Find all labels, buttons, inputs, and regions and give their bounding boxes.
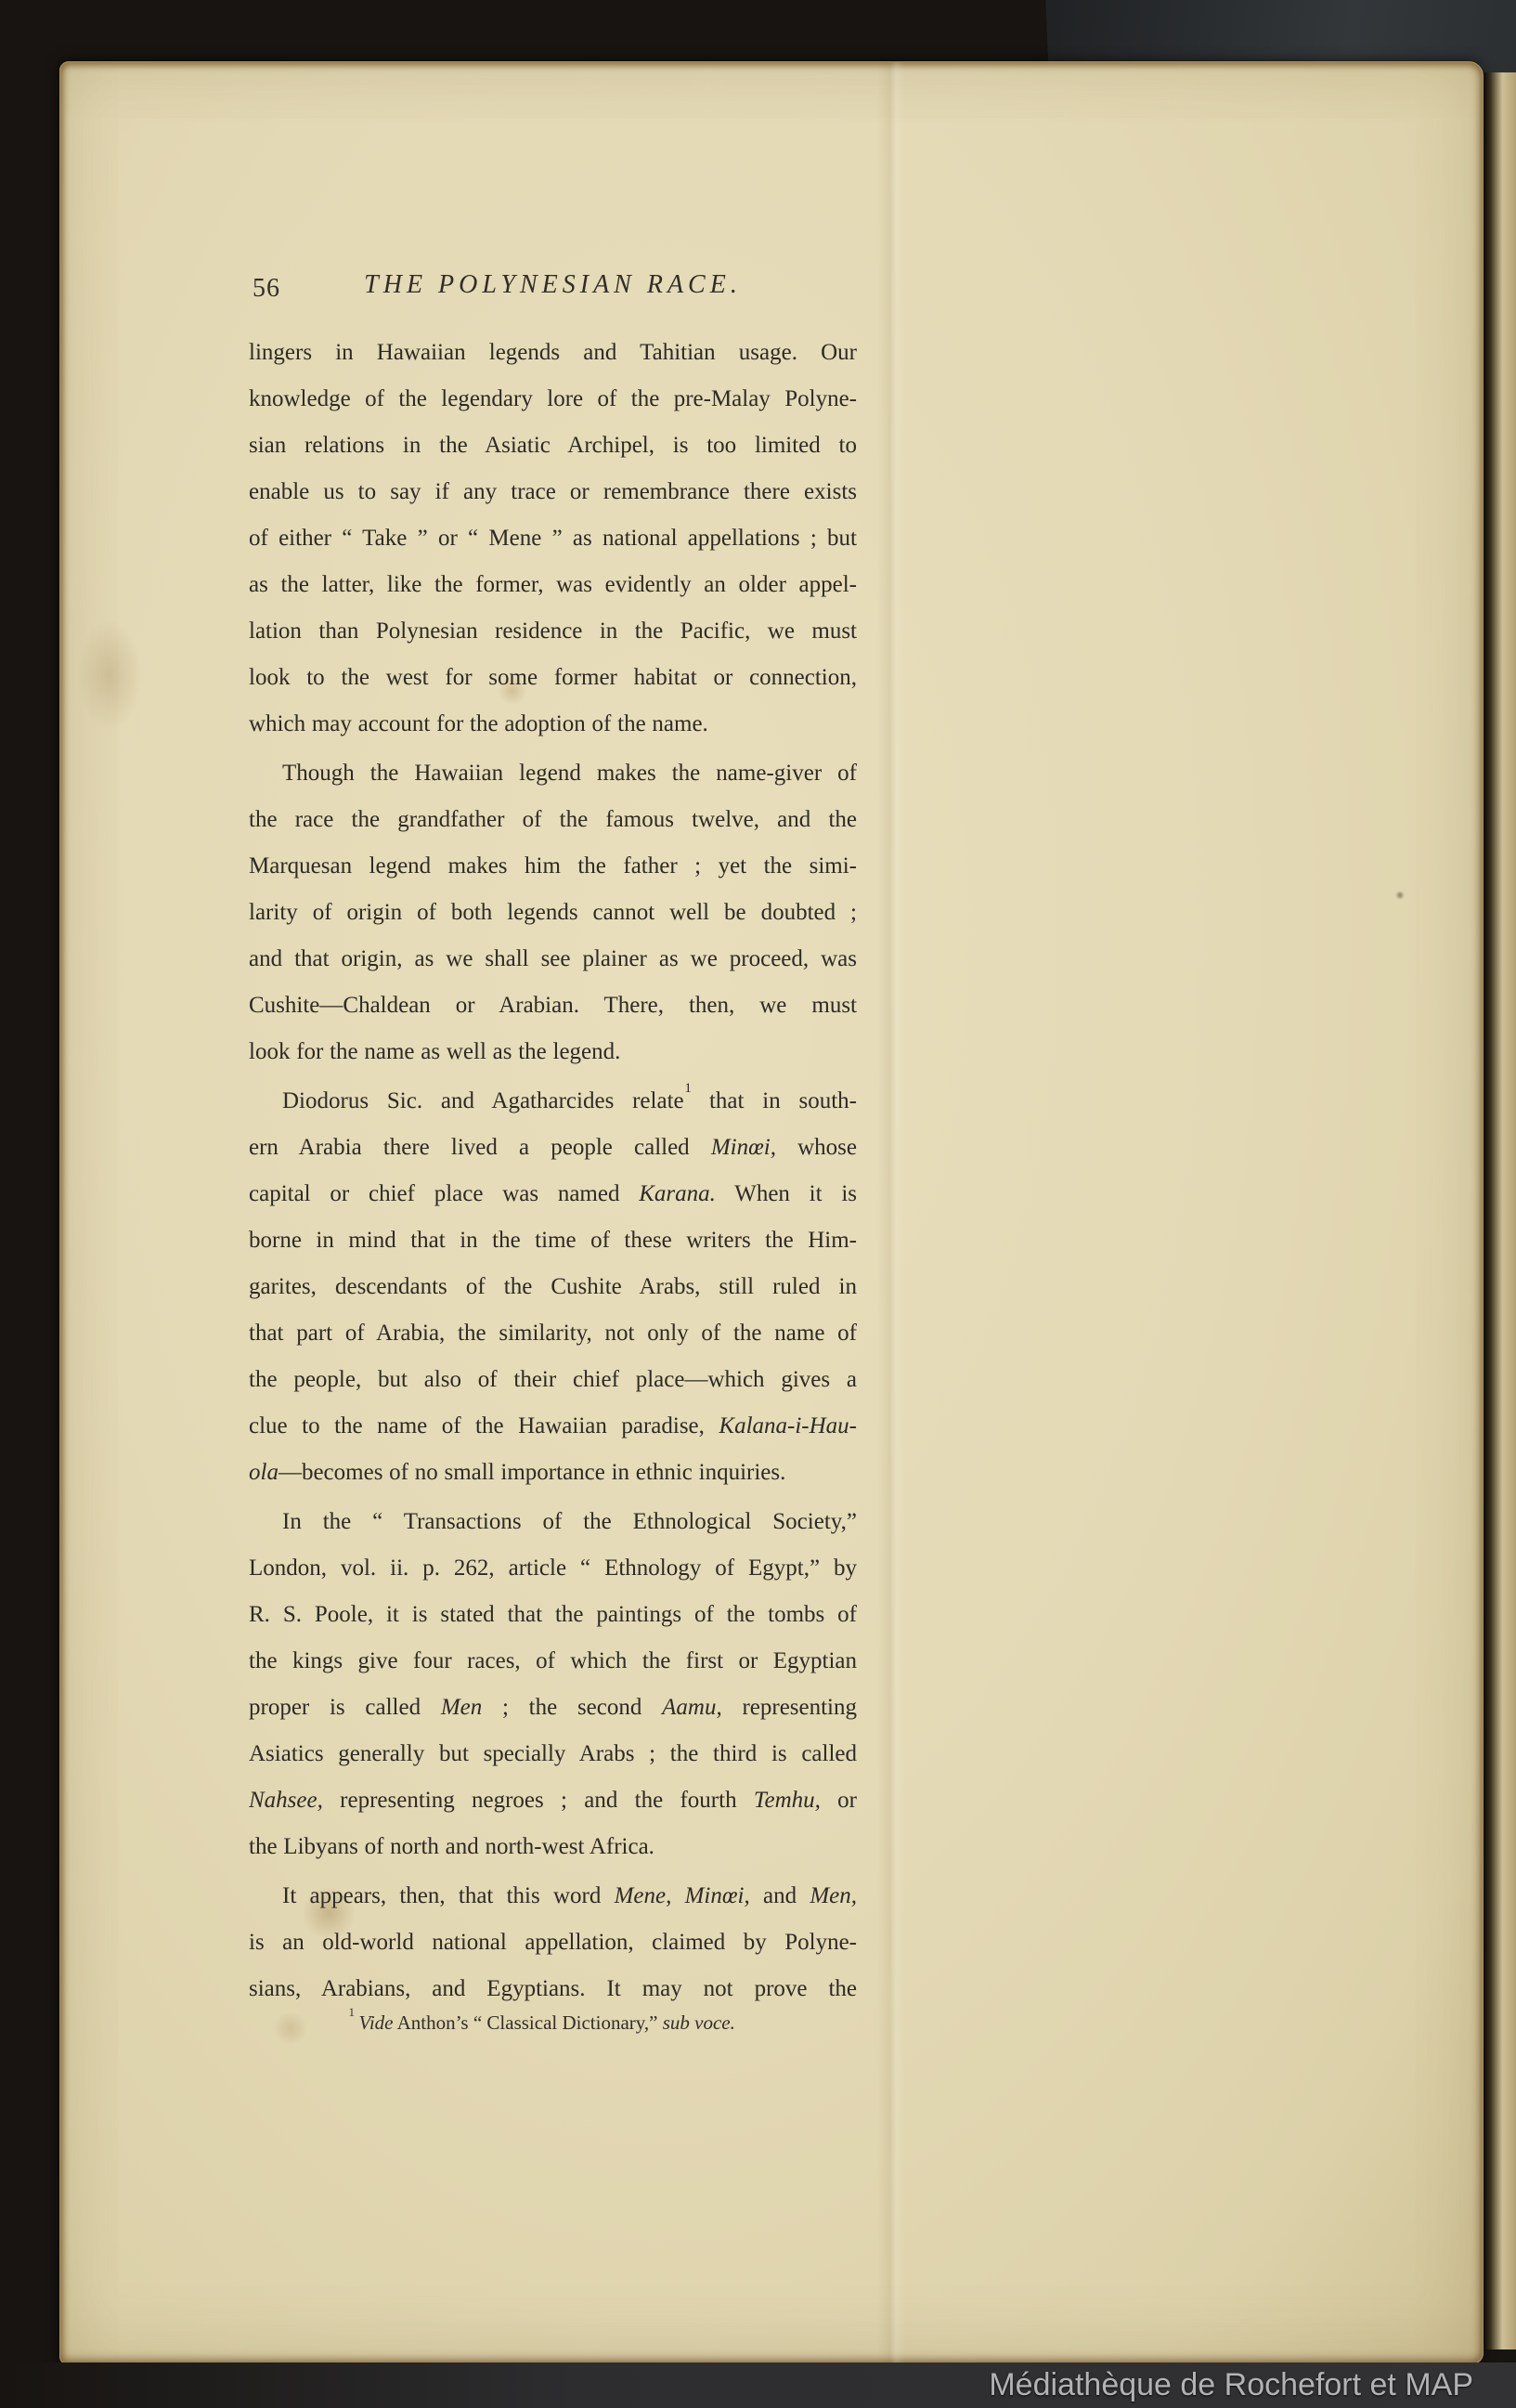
text-line: proper is called Men ; the second Aamu, …: [249, 1685, 857, 1731]
text-line: garites, descendants of the Cushite Arab…: [249, 1264, 857, 1310]
foxing-stain: [272, 2012, 309, 2044]
text-line: Diodorus Sic. and Agatharcides relate1 t…: [249, 1078, 857, 1125]
text-line: In the “ Transactions of the Ethnologica…: [249, 1499, 857, 1545]
paragraph: Diodorus Sic. and Agatharcides relate1 t…: [249, 1078, 857, 1496]
body-text: lingers in Hawaiian legends and Tahitian…: [249, 330, 857, 2012]
text-line: larity of origin of both legends cannot …: [249, 890, 857, 936]
text-line: the people, but also of their chief plac…: [249, 1357, 857, 1403]
text-line: which may account for the adoption of th…: [249, 701, 857, 748]
text-line: Though the Hawaiian legend makes the nam…: [249, 750, 857, 797]
text-line: Nahsee, representing negroes ; and the f…: [249, 1777, 857, 1824]
text-line: the Libyans of north and north-west Afri…: [249, 1824, 857, 1870]
scanned-book-photo: 56 THE POLYNESIAN RACE. lingers in Hawai…: [0, 0, 1516, 2408]
text-line: the kings give four races, of which the …: [249, 1638, 857, 1685]
text-line: R. S. Poole, it is stated that the paint…: [249, 1592, 857, 1638]
paragraph: Though the Hawaiian legend makes the nam…: [249, 750, 857, 1075]
page-header: 56 THE POLYNESIAN RACE.: [249, 270, 857, 311]
text-line: as the latter, like the former, was evid…: [249, 562, 857, 608]
book-page: 56 THE POLYNESIAN RACE. lingers in Hawai…: [59, 61, 1484, 2364]
page-fore-edge: [1484, 72, 1516, 2349]
text-line: ola—becomes of no small importance in et…: [249, 1450, 857, 1496]
text-line: capital or chief place was named Karana.…: [249, 1171, 857, 1217]
footnote: 1 Vide Anthon’s “ Classical Dictionary,”…: [348, 2009, 924, 2037]
text-line: the race the grandfather of the famous t…: [249, 797, 857, 843]
paragraph: It appears, then, that this word Mene, M…: [249, 1873, 857, 2012]
paragraph: lingers in Hawaiian legends and Tahitian…: [249, 330, 857, 748]
text-line: knowledge of the legendary lore of the p…: [249, 376, 857, 423]
text-line: Marquesan legend makes him the father ; …: [249, 843, 857, 890]
text-line: enable us to say if any trace or remembr…: [249, 469, 857, 515]
watermark-text: Médiathèque de Rochefort et MAP: [989, 2367, 1473, 2403]
text-line: Asiatics generally but specially Arabs ;…: [249, 1731, 857, 1777]
text-line: London, vol. ii. p. 262, article “ Ethno…: [249, 1545, 857, 1592]
text-line: lation than Polynesian residence in the …: [249, 608, 857, 655]
paragraph: In the “ Transactions of the Ethnologica…: [249, 1499, 857, 1870]
footnote-reference: 1: [349, 2006, 355, 2019]
text-line: ern Arabia there lived a people called M…: [249, 1125, 857, 1171]
text-line: Cushite—Chaldean or Arabian. There, then…: [249, 983, 857, 1029]
footnote-reference: 1: [684, 1081, 692, 1096]
text-line: of either “ Take ” or “ Mene ” as nation…: [249, 515, 857, 562]
text-line: look for the name as well as the legend.: [249, 1029, 857, 1075]
running-title: THE POLYNESIAN RACE.: [249, 270, 857, 300]
text-line: borne in mind that in the time of these …: [249, 1217, 857, 1264]
text-line: that part of Arabia, the similarity, not…: [249, 1310, 857, 1357]
text-line: sian relations in the Asiatic Archipel, …: [249, 423, 857, 469]
text-line: sians, Arabians, and Egyptians. It may n…: [249, 1966, 857, 2012]
page-number: 56: [253, 274, 280, 304]
text-line: and that origin, as we shall see plainer…: [249, 936, 857, 983]
watermark-bar: Médiathèque de Rochefort et MAP: [0, 2362, 1516, 2408]
text-line: lingers in Hawaiian legends and Tahitian…: [249, 330, 857, 376]
ink-fleck: [1395, 891, 1405, 900]
text-line: clue to the name of the Hawaiian paradis…: [249, 1403, 857, 1450]
text-line: look to the west for some former habitat…: [249, 655, 857, 701]
foxing-stain: [77, 619, 142, 731]
text-line: is an old-world national appellation, cl…: [249, 1920, 857, 1966]
text-line: It appears, then, that this word Mene, M…: [249, 1873, 857, 1920]
